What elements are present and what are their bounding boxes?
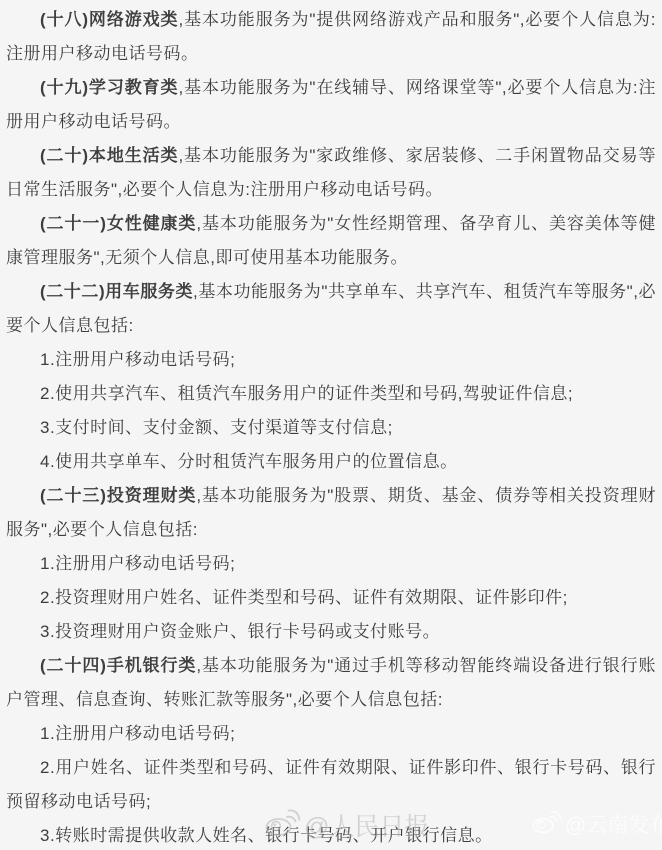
paragraph-text: 2.投资理财用户姓名、证件类型和号码、证件有效期限、证件影印件; [40,588,568,607]
paragraph-text: 1.注册用户移动电话号码; [40,724,235,743]
paragraph-text: 1.注册用户移动电话号码; [40,554,235,573]
list-item: 3.支付时间、支付金额、支付渠道等支付信息; [6,411,656,445]
paragraph-text: 4.使用共享单车、分时租赁汽车服务用户的位置信息。 [40,452,458,471]
paragraph-24: (二十四)手机银行类,基本功能服务为"通过手机等移动智能终端设备进行银行账户管理… [6,649,656,717]
document-body: (十八)网络游戏类,基本功能服务为"提供网络游戏产品和服务",必要个人信息为:注… [0,0,662,850]
paragraph-text: 2.用户姓名、证件类型和号码、证件有效期限、证件影印件、银行卡号码、银行预留移动… [6,758,656,811]
paragraph-text: 1.注册用户移动电话号码; [40,350,235,369]
list-item: 3.投资理财用户资金账户、银行卡号码或支付账号。 [6,615,656,649]
paragraph-22: (二十二)用车服务类,基本功能服务为"共享单车、共享汽车、租赁汽车等服务",必要… [6,275,656,343]
category-label: (十九)学习教育类 [40,78,178,97]
paragraph-20: (二十)本地生活类,基本功能服务为"家政维修、家居装修、二手闲置物品交易等日常生… [6,139,656,207]
category-label: (二十二)用车服务类 [40,282,193,301]
paragraph-text: 2.使用共享汽车、租赁汽车服务用户的证件类型和号码,驾驶证件信息; [40,384,573,403]
category-label: (二十)本地生活类 [40,146,178,165]
list-item: 1.注册用户移动电话号码; [6,343,656,377]
paragraph-19: (十九)学习教育类,基本功能服务为"在线辅导、网络课堂等",必要个人信息为:注册… [6,71,656,139]
paragraph-text: 3.转账时需提供收款人姓名、银行卡号码、开户银行信息。 [40,826,493,845]
paragraph-23: (二十三)投资理财类,基本功能服务为"股票、期货、基金、债券等相关投资理财服务"… [6,479,656,547]
list-item: 2.使用共享汽车、租赁汽车服务用户的证件类型和号码,驾驶证件信息; [6,377,656,411]
category-label: (二十四)手机银行类 [40,656,196,675]
paragraph-21: (二十一)女性健康类,基本功能服务为"女性经期管理、备孕育儿、美容美体等健康管理… [6,207,656,275]
page: { "page": { "background_color": "#f5f5f5… [0,0,662,850]
list-item: 1.注册用户移动电话号码; [6,717,656,751]
category-label: (十八)网络游戏类 [40,10,178,29]
list-item: 2.用户姓名、证件类型和号码、证件有效期限、证件影印件、银行卡号码、银行预留移动… [6,751,656,819]
list-item: 3.转账时需提供收款人姓名、银行卡号码、开户银行信息。 [6,819,656,850]
list-item: 1.注册用户移动电话号码; [6,547,656,581]
category-label: (二十一)女性健康类 [40,214,196,233]
paragraph-text: 3.支付时间、支付金额、支付渠道等支付信息; [40,418,393,437]
paragraph-text: 3.投资理财用户资金账户、银行卡号码或支付账号。 [40,622,440,641]
list-item: 2.投资理财用户姓名、证件类型和号码、证件有效期限、证件影印件; [6,581,656,615]
list-item: 4.使用共享单车、分时租赁汽车服务用户的位置信息。 [6,445,656,479]
paragraph-18: (十八)网络游戏类,基本功能服务为"提供网络游戏产品和服务",必要个人信息为:注… [6,3,656,71]
category-label: (二十三)投资理财类 [40,486,196,505]
